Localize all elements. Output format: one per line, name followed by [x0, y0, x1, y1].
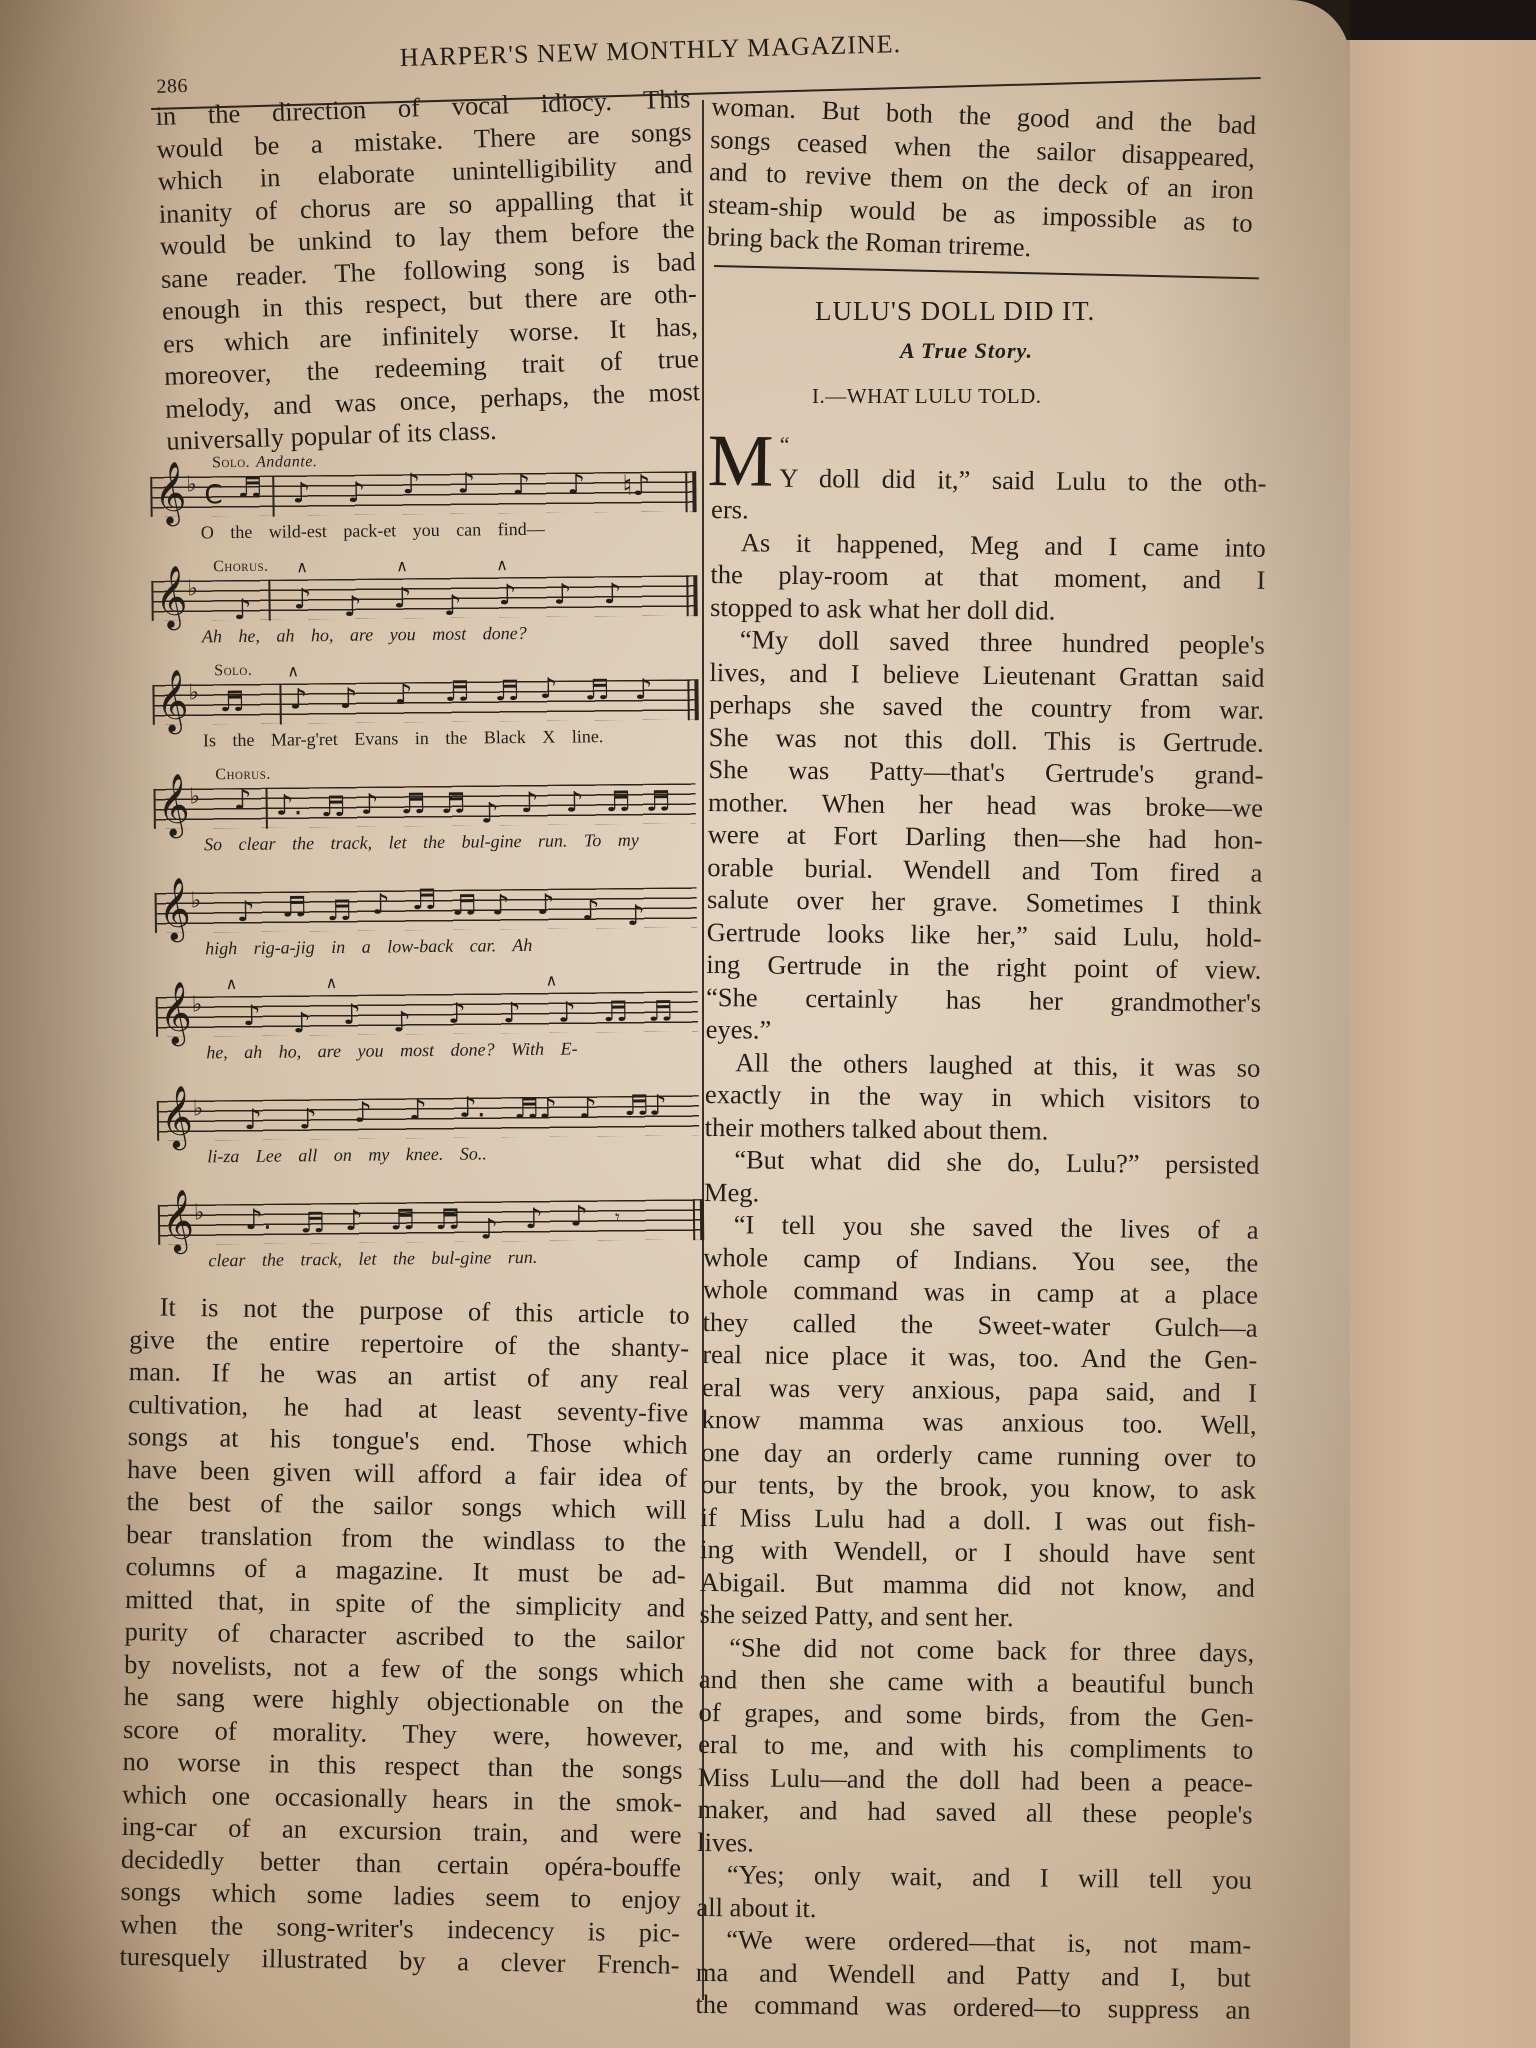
- note-icon: ♪: [361, 791, 379, 819]
- staff-lines: 𝄞 ♭ ♪ ♬ ♬ ♪ ♬ ♬ ♪ ♪ ♪ ♪: [155, 887, 697, 933]
- note-icon: ♬: [648, 997, 673, 1025]
- note-icon: ♪: [512, 471, 530, 499]
- note-icon: ♬♪: [624, 1092, 667, 1120]
- chapter-heading: I.—WHAT LULU TOLD.: [812, 384, 1041, 409]
- note-icon: ♪: [394, 680, 412, 708]
- note-icon: ♪: [521, 789, 539, 817]
- lyrics: clear the track, let the bul-gine run.: [208, 1245, 678, 1271]
- music-staff: 𝄞 ♭ ♪. ♬ ♪ ♬ ♬ ♪ ♪ ♪ 𝄾 clear the track, …: [148, 1177, 709, 1287]
- note-icon: ♬: [390, 1206, 415, 1234]
- note-icon: ♬: [646, 787, 671, 815]
- flat-icon: ♭: [189, 784, 200, 809]
- note-icon: ♪: [289, 685, 307, 713]
- staff-lines: 𝄞 ♭ ♪ ♪ ♪ ♪ ♪ ♪ ♪ ♪: [151, 575, 693, 621]
- note-icon: ♪: [582, 896, 600, 924]
- staff-label: Solo.: [214, 662, 252, 680]
- time-signature: C: [204, 480, 222, 510]
- staff-lines: 𝄞 ♭ ♪ ♪ ♪ ♪ ♪. ♬♪ ♪ ♬♪: [157, 1095, 699, 1141]
- note-icon: ♪: [481, 799, 499, 827]
- note-icon: ♪: [603, 580, 621, 608]
- note-icon: ♪: [293, 1009, 311, 1037]
- note-icon: ♪: [237, 898, 255, 926]
- accent-mark-icon: ∧: [396, 556, 408, 576]
- note-icon: ♪: [299, 1105, 317, 1133]
- note-icon: ♬: [584, 676, 609, 704]
- note-icon: ♬: [441, 790, 466, 818]
- note-icon: ♬: [603, 998, 628, 1026]
- note-icon: ♪: [339, 685, 357, 713]
- note-icon: ♪: [492, 891, 510, 919]
- note-icon: ♪.: [276, 791, 303, 819]
- story-paragraph: “We were ordered—that is, not mam- ma an…: [695, 1923, 1251, 2026]
- note-icon: ♪: [293, 585, 311, 613]
- treble-clef-icon: 𝄞: [162, 1190, 195, 1250]
- treble-clef-icon: 𝄞: [157, 775, 190, 835]
- lyrics: O the wild-est pack-et you can find—: [201, 517, 671, 543]
- note-icon: ♪: [233, 786, 251, 814]
- note-icon: ♪: [498, 581, 516, 609]
- page-number: 286: [156, 75, 188, 99]
- staff-lines: 𝄞 ♭ ♬ ♪ ♪ ♪ ♬ ♬ ♪ ♬ ♪: [152, 679, 694, 725]
- note-icon: ♪: [409, 1096, 427, 1124]
- note-icon: ♬: [606, 788, 631, 816]
- note-icon: ♬♪: [514, 1095, 557, 1123]
- treble-clef-icon: 𝄞: [156, 671, 189, 731]
- lyrics: Is the Mar-g'ret Evans in the Black X li…: [203, 725, 673, 751]
- story-paragraph: As it happened, Meg and I came into the …: [710, 525, 1266, 628]
- flat-icon: ♭: [192, 992, 203, 1017]
- story-paragraph: “My doll saved three hundred people's li…: [706, 623, 1265, 1051]
- note-icon: ♬: [300, 1209, 325, 1237]
- note-icon: ♮♪: [622, 472, 650, 500]
- note-icon: ♪: [627, 902, 645, 930]
- barline: [279, 684, 281, 725]
- note-icon: ♪: [393, 584, 411, 612]
- flat-icon: ♭: [188, 680, 199, 705]
- note-icon: ♪: [480, 1215, 498, 1243]
- note-icon: ♪.: [459, 1093, 486, 1121]
- note-icon: ♬: [219, 688, 244, 716]
- note-icon: ♪: [537, 891, 555, 919]
- flat-icon: ♭: [193, 1096, 204, 1121]
- note-icon: ♪: [503, 999, 521, 1027]
- note-icon: ♬: [321, 793, 346, 821]
- right-column-intro: woman. But both the good and the bad son…: [706, 90, 1256, 271]
- note-icon: ♪: [393, 1008, 411, 1036]
- note-icon: ♪: [448, 1000, 466, 1028]
- next-page-edge: [1346, 40, 1536, 2048]
- flat-icon: ♭: [194, 1200, 205, 1225]
- music-staff: 𝄞 ♭ ♪ ♬ ♬ ♪ ♬ ♬ ♪ ♪ ♪ ♪ high rig-a-jig i…: [144, 865, 705, 975]
- note-icon: ♪: [343, 593, 361, 621]
- staff-lines: 𝄞 ♭ ♪ ♪ ♪ ♪ ♪ ♪ ♪ ♬ ♬: [156, 991, 698, 1037]
- note-icon: ♬: [401, 790, 426, 818]
- note-icon: ♬: [452, 891, 477, 919]
- note-icon: ♬: [282, 893, 307, 921]
- note-icon: ♪: [345, 1207, 363, 1235]
- music-staff: Chorus. ∧ ∧ ∧ 𝄞 ♭ ♪ ♪ ♪ ♪ ♪ ♪ ♪ ♪ Ah he,…: [141, 553, 702, 663]
- note-icon: ♪: [402, 470, 420, 498]
- note-icon: ♪: [558, 998, 576, 1026]
- staff-label: Solo.Andante.: [212, 453, 318, 472]
- note-icon: ♪: [372, 890, 390, 918]
- story-subtitle: A True Story.: [900, 338, 1033, 364]
- barline: [272, 476, 274, 517]
- note-icon: ♪: [243, 1002, 261, 1030]
- note-icon: ♪: [343, 1001, 361, 1029]
- treble-clef-icon: 𝄞: [155, 567, 188, 627]
- note-icon: ♬: [237, 474, 262, 502]
- drop-cap: M: [707, 432, 773, 491]
- story-paragraph: “She did not come back for three days, a…: [697, 1630, 1254, 1863]
- note-icon: ♬: [494, 677, 519, 705]
- text-line: Y doll did it,” said Lulu to the oth-: [711, 460, 1266, 498]
- note-icon: ♪: [539, 675, 557, 703]
- music-staff: 𝄞 ♭ ♪ ♪ ♪ ♪ ♪. ♬♪ ♪ ♬♪ li-za Lee all on …: [147, 1073, 708, 1183]
- lyrics: high rig-a-jig in a low-back car. Ah: [205, 933, 675, 959]
- rest-icon: 𝄾: [615, 1204, 620, 1232]
- treble-clef-icon: 𝄞: [154, 463, 187, 523]
- lyrics: li-za Lee all on my knee. So..: [207, 1141, 677, 1167]
- music-staff: Solo. ∧ 𝄞 ♭ ♬ ♪ ♪ ♪ ♬ ♬ ♪ ♬ ♪ Is the Mar…: [142, 657, 703, 767]
- flat-icon: ♭: [187, 576, 198, 601]
- note-icon: ♪: [443, 592, 461, 620]
- note-icon: ♪: [634, 676, 652, 704]
- note-icon: ♪: [292, 479, 310, 507]
- note-icon: ♪: [566, 788, 584, 816]
- story-paragraph: “But what did she do, Lulu?” persisted M…: [704, 1143, 1260, 1214]
- barline: [268, 580, 270, 621]
- flat-icon: ♭: [191, 888, 202, 913]
- story-paragraph: “I tell you she saved the lives of a who…: [699, 1208, 1258, 1636]
- note-icon: ♪: [525, 1205, 543, 1233]
- note-icon: ♪: [579, 1094, 597, 1122]
- accent-mark-icon: ∧: [325, 973, 337, 993]
- note-icon: ♪: [567, 470, 585, 498]
- story-paragraph: “Yes; only wait, and I will tell you all…: [696, 1858, 1252, 1929]
- open-quote: “: [780, 432, 790, 457]
- magazine-page: 286 HARPER'S NEW MONTHLY MAGAZINE. in th…: [0, 0, 1350, 2048]
- staff-label: Chorus.: [213, 558, 269, 577]
- note-icon: ♪: [570, 1202, 588, 1230]
- flat-icon: ♭: [186, 472, 197, 497]
- music-staff: Solo.Andante. 𝄞 ♭ C ♬ ♪ ♪ ♪ ♪ ♪ ♪ ♮♪ O t…: [140, 449, 701, 559]
- note-icon: ♪: [553, 580, 571, 608]
- accent-mark-icon: ∧: [496, 555, 508, 575]
- staff-lines: 𝄞 ♭ ♪ ♪. ♬ ♪ ♬ ♬ ♪ ♪ ♪ ♬ ♬: [153, 783, 695, 829]
- music-staff: Chorus. 𝄞 ♭ ♪ ♪. ♬ ♪ ♬ ♬ ♪ ♪ ♪ ♬ ♬ So cl…: [143, 761, 704, 871]
- treble-clef-icon: 𝄞: [158, 878, 191, 938]
- staff-lines: 𝄞 ♭ C ♬ ♪ ♪ ♪ ♪ ♪ ♪ ♮♪: [150, 471, 692, 517]
- staff-lines: 𝄞 ♭ ♪. ♬ ♪ ♬ ♬ ♪ ♪ ♪ 𝄾: [158, 1199, 700, 1245]
- note-icon: ♪: [233, 596, 251, 624]
- note-icon: ♬: [327, 897, 352, 925]
- accent-mark-icon: ∧: [287, 661, 299, 681]
- sheet-music: Solo.Andante. 𝄞 ♭ C ♬ ♪ ♪ ♪ ♪ ♪ ♪ ♮♪ O t…: [140, 449, 709, 1287]
- left-column-intro: in the direction of vocal idiocy. This w…: [155, 82, 702, 457]
- treble-clef-icon: 𝄞: [160, 982, 193, 1042]
- magazine-title: HARPER'S NEW MONTHLY MAGAZINE.: [399, 29, 901, 73]
- note-icon: ♪.: [245, 1206, 272, 1234]
- lyrics: Ah he, ah ho, are you most done?: [202, 621, 672, 647]
- story-body: “ M Y doll did it,” said Lulu to the oth…: [695, 428, 1267, 2026]
- lyrics: So clear the track, let the bul-gine run…: [204, 829, 674, 855]
- note-icon: ♪: [457, 469, 475, 497]
- note-icon: ♪: [347, 479, 365, 507]
- barline: [265, 788, 267, 829]
- treble-clef-icon: 𝄞: [161, 1086, 194, 1146]
- note-icon: ♬: [444, 678, 469, 706]
- music-staff: ∧ ∧ ∧ 𝄞 ♭ ♪ ♪ ♪ ♪ ♪ ♪ ♪ ♬ ♬ he, ah ho, a…: [145, 969, 706, 1079]
- staff-label: Chorus.: [215, 766, 271, 785]
- left-column-body: It is not the purpose of this article to…: [119, 1290, 690, 1981]
- accent-mark-icon: ∧: [225, 974, 237, 994]
- note-icon: ♪: [244, 1106, 262, 1134]
- lyrics: he, ah ho, are you most done? With E-: [206, 1037, 676, 1063]
- story-title: LULU'S DOLL DID IT.: [815, 296, 1095, 327]
- accent-mark-icon: ∧: [296, 557, 308, 577]
- accent-mark-icon: ∧: [545, 971, 557, 991]
- note-icon: ♬: [412, 886, 437, 914]
- note-icon: ♪: [354, 1099, 372, 1127]
- story-opening: “ M Y doll did it,” said Lulu to the oth…: [711, 428, 1267, 531]
- note-icon: ♬: [435, 1206, 460, 1234]
- story-paragraph: All the others laughed at this, it was s…: [705, 1045, 1261, 1148]
